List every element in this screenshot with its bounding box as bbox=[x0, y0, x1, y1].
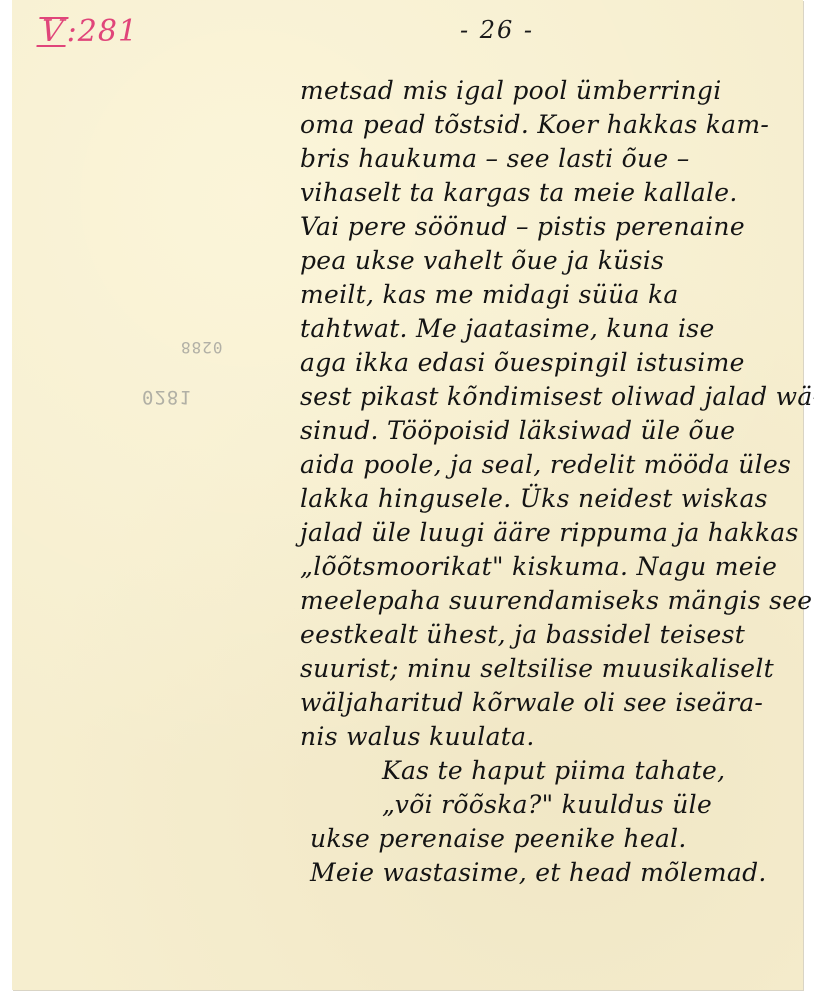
text-line: nis walus kuulata. bbox=[300, 720, 810, 754]
text-line: wäljaharitud kõrwale oli see iseära- bbox=[300, 686, 810, 720]
archive-reference-mark: V:281 bbox=[38, 14, 138, 49]
text-line: oma pead tõstsid. Koer hakkas kam- bbox=[300, 108, 810, 142]
handwritten-text-body: metsad mis igal pool ümberringi oma pead… bbox=[300, 74, 810, 890]
text-line: vihaselt ta kargas ta meie kallale. bbox=[300, 176, 810, 210]
archive-mark-number: :281 bbox=[67, 14, 138, 49]
manuscript-page: V:281 - 26 - 0288 0281 metsad mis igal p… bbox=[12, 0, 803, 990]
text-line: Meie wastasime, et head mõlemad. bbox=[300, 856, 810, 890]
text-line: „või rõõska?" kuuldus üle bbox=[300, 788, 810, 822]
text-line: sinud. Tööpoisid läksiwad üle õue bbox=[300, 414, 810, 448]
text-line: ukse perenaise peenike heal. bbox=[300, 822, 810, 856]
text-line: suurist; minu seltsilise muusikaliselt bbox=[300, 652, 810, 686]
text-line: eestkealt ühest, ja bassidel teisest bbox=[300, 618, 810, 652]
text-line: meilt, kas me midagi süüa ka bbox=[300, 278, 810, 312]
text-line: sest pikast kõndimisest oliwad jalad wä- bbox=[300, 380, 810, 414]
text-line: bris haukuma – see lasti õue – bbox=[300, 142, 810, 176]
text-line: „lõõtsmoorikat" kiskuma. Nagu meie bbox=[300, 550, 810, 584]
faded-stamp-lower: 0281 bbox=[142, 386, 192, 408]
archive-mark-roman: V bbox=[36, 17, 68, 47]
text-line: lakka hingusele. Üks neidest wiskas bbox=[300, 482, 810, 516]
page-number: - 26 - bbox=[460, 16, 534, 44]
text-line: aida poole, ja seal, redelit mööda üles bbox=[300, 448, 810, 482]
faded-stamp-upper: 0288 bbox=[180, 338, 223, 357]
text-line: Kas te haput piima tahate, bbox=[300, 754, 810, 788]
text-line: pea ukse vahelt õue ja küsis bbox=[300, 244, 810, 278]
text-line: Vai pere söönud – pistis perenaine bbox=[300, 210, 810, 244]
text-line: meelepaha suurendamiseks mängis see bbox=[300, 584, 810, 618]
text-line: metsad mis igal pool ümberringi bbox=[300, 74, 810, 108]
text-line: jalad üle luugi ääre rippuma ja hakkas bbox=[300, 516, 810, 550]
text-line: tahtwat. Me jaatasime, kuna ise bbox=[300, 312, 810, 346]
text-line: aga ikka edasi õuespingil istusime bbox=[300, 346, 810, 380]
